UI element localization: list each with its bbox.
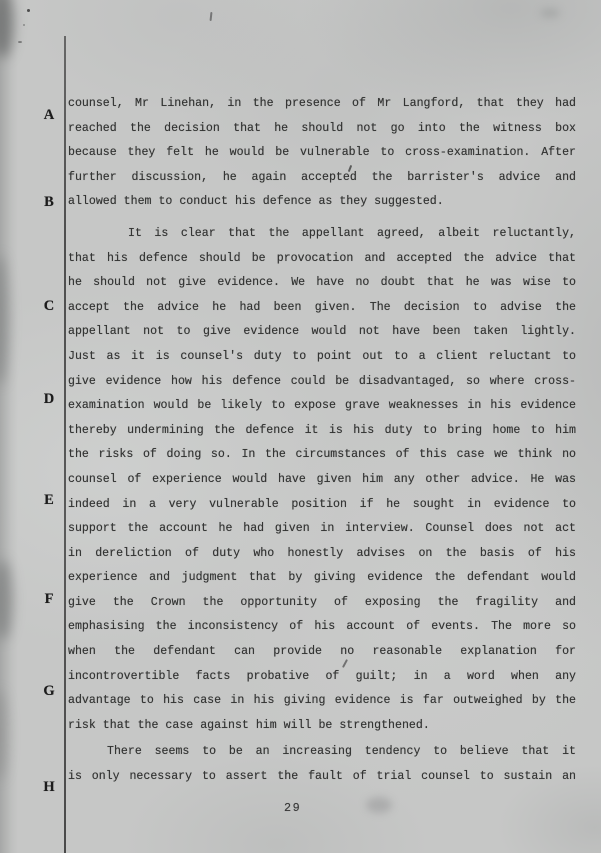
text-line: counsel, Mr Linehan, in the presence of … — [68, 92, 576, 117]
paragraph: counsel, Mr Linehan, in the presence of … — [68, 92, 576, 215]
text-line: thereby undermining the defence it is hi… — [68, 419, 576, 444]
paragraph: It is clear that the appellant agreed, a… — [68, 222, 576, 738]
text-line: allowed them to conduct his defence as t… — [68, 190, 576, 215]
margin-letter-a: A — [40, 108, 58, 122]
scan-edge-blob — [0, 690, 8, 780]
scan-left-edge-shadow — [0, 0, 18, 853]
margin-letter-d: D — [40, 392, 58, 406]
text-line: emphasising the inconsistency of his acc… — [68, 615, 576, 640]
scan-edge-blob — [0, 0, 14, 58]
margin-letter-c: C — [40, 299, 58, 313]
text-line: Just as it is counsel's duty to point ou… — [68, 345, 576, 370]
text-line: accept the advice he had been given. The… — [68, 296, 576, 321]
margin-letter-b: B — [40, 195, 58, 209]
text-line: appellant not to give evidence would not… — [68, 320, 576, 345]
text-line: indeed in a very vulnerable position if … — [68, 493, 576, 518]
text-line: There seems to be an increasing tendency… — [68, 740, 576, 765]
margin-letter-e: E — [40, 493, 58, 507]
margin-letter-g: G — [40, 684, 58, 698]
text-line: advantage to his case in his giving evid… — [68, 689, 576, 714]
scan-edge-blob — [0, 255, 9, 385]
document-text: counsel, Mr Linehan, in the presence of … — [68, 92, 576, 790]
speck — [23, 24, 25, 26]
text-line: he should not give evidence. We have no … — [68, 271, 576, 296]
text-line: reached the decision that he should not … — [68, 117, 576, 142]
text-line: support the account he had given in inte… — [68, 517, 576, 542]
paragraph: There seems to be an increasing tendency… — [68, 740, 576, 789]
text-line: give evidence how his defence could be d… — [68, 370, 576, 395]
text-line: that his defence should be provocation a… — [68, 247, 576, 272]
text-line: examination would be likely to expose gr… — [68, 394, 576, 419]
tick-mark — [210, 12, 213, 21]
speck — [18, 41, 22, 43]
text-line: counsel of experience would have given h… — [68, 468, 576, 493]
page-number: 29 — [284, 801, 324, 815]
speck — [27, 9, 30, 12]
smudge — [366, 797, 392, 813]
scan-edge-blob — [0, 560, 13, 640]
text-line: risk that the case against him will be s… — [68, 714, 576, 739]
text-line: in dereliction of duty who honestly advi… — [68, 542, 576, 567]
margin-rule-line — [64, 36, 66, 853]
text-line: when the defendant can provide no reason… — [68, 640, 576, 665]
text-line: is only necessary to assert the fault of… — [68, 765, 576, 790]
text-line: experience and judgment that by giving e… — [68, 566, 576, 591]
smudge — [540, 8, 560, 18]
text-line: further discussion, he again accepted th… — [68, 166, 576, 191]
text-line: give the Crown the opportunity of exposi… — [68, 591, 576, 616]
text-line: incontrovertible facts probative of guil… — [68, 665, 576, 690]
scanned-page: ABCDEFGH counsel, Mr Linehan, in the pre… — [0, 0, 601, 853]
margin-letter-h: H — [40, 780, 58, 794]
text-line: because they felt he would be vulnerable… — [68, 141, 576, 166]
text-line: It is clear that the appellant agreed, a… — [68, 222, 576, 247]
text-line: the risks of doing so. In the circumstan… — [68, 443, 576, 468]
margin-letter-f: F — [40, 592, 58, 606]
